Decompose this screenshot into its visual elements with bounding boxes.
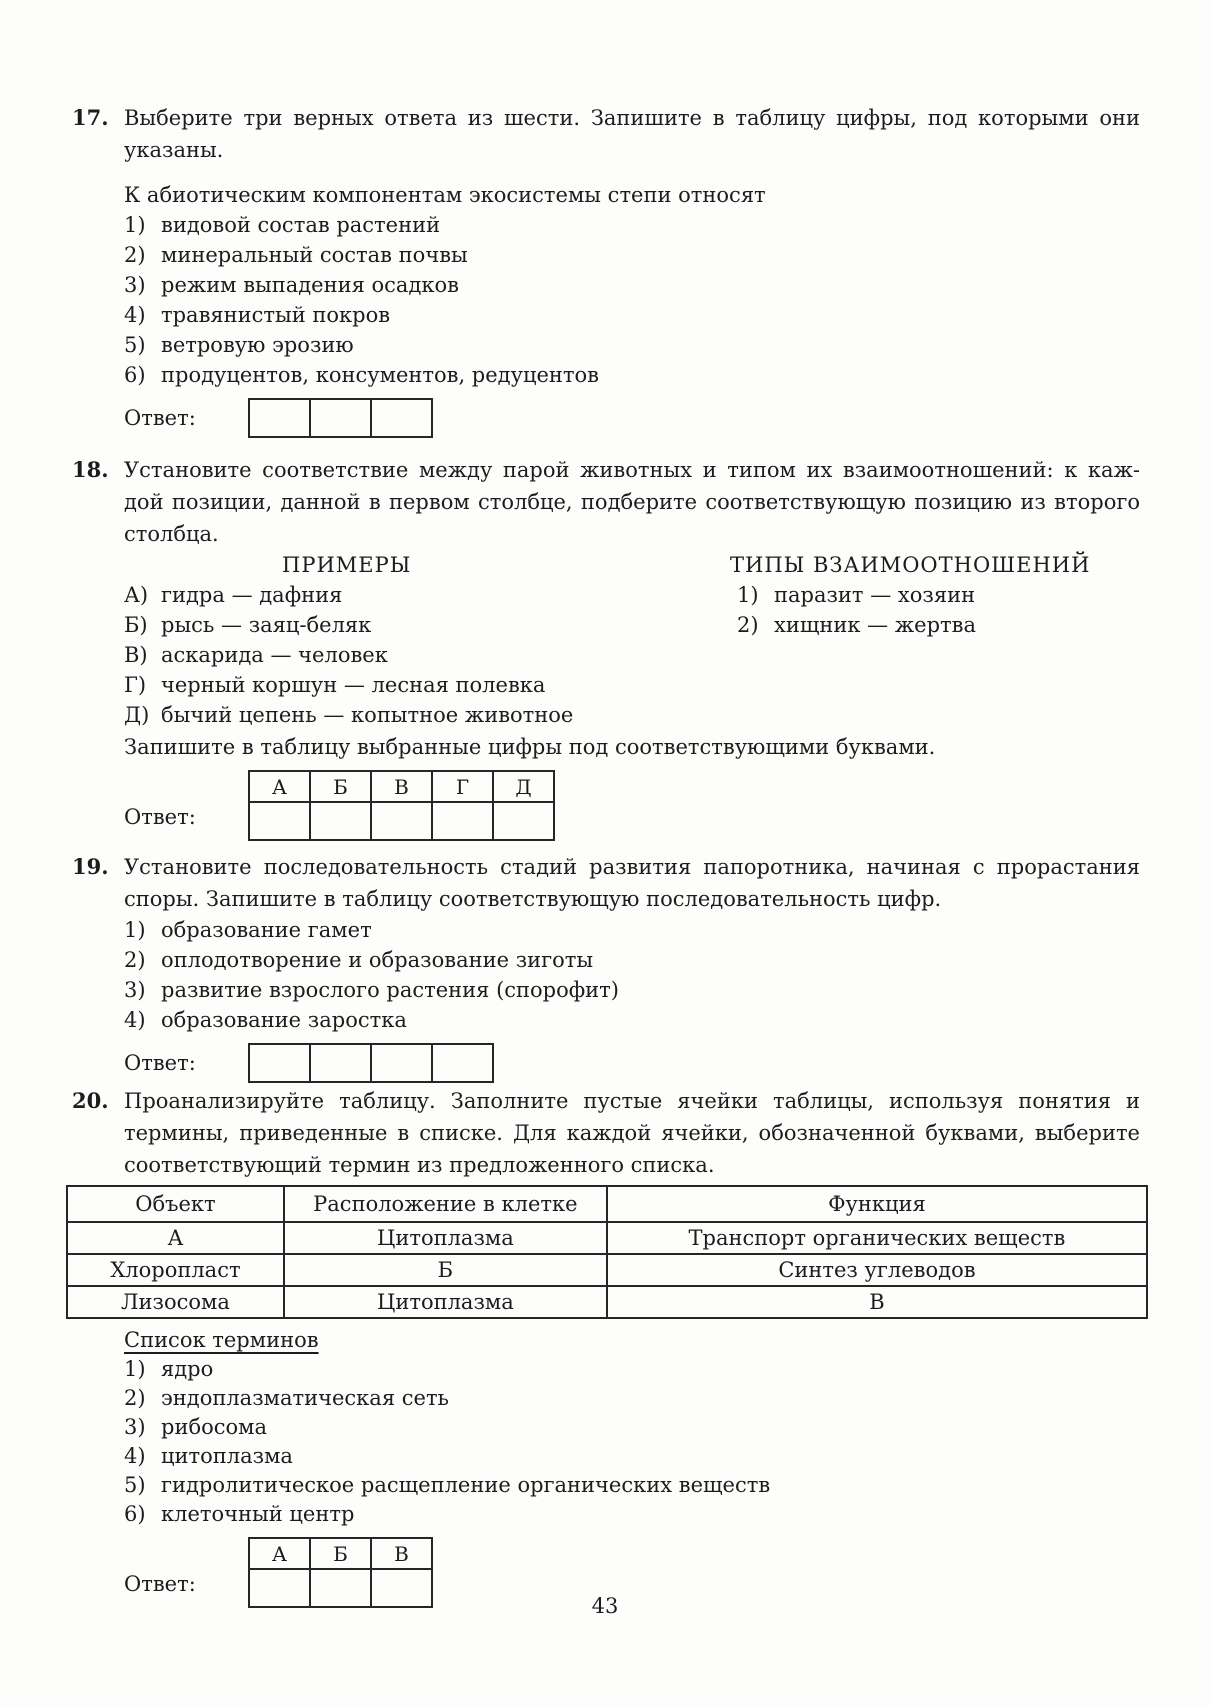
term-number: 3) (124, 1413, 161, 1442)
option-number: 2) (124, 945, 161, 975)
answer-letter-cell: Г (432, 771, 493, 802)
option-number: 3) (124, 270, 161, 300)
term-text: рибосома (161, 1413, 267, 1442)
question-20-intro-line: Проанализируйте таблицу. Заполните пусты… (124, 1085, 1140, 1117)
exam-page: 17. Выберите три верных ответа из шести.… (0, 0, 1210, 1706)
table-cell: Цитоплазма (284, 1222, 607, 1254)
table-header-cell: Объект (67, 1186, 284, 1222)
table-header-cell: Расположение в клетке (284, 1186, 607, 1222)
types-list: 1) паразит — хозяин 2) хищник — жертва (737, 580, 1137, 640)
answer-letter-cell: В (371, 1538, 432, 1569)
type-item: 2) хищник — жертва (737, 610, 1137, 640)
option-item: 3) развитие взрослого растения (спорофит… (124, 975, 1140, 1005)
option-text: продуцентов, консументов, редуцентов (161, 360, 599, 390)
example-item: В) аскарида — человек (124, 640, 1140, 670)
table-header-cell: Функция (607, 1186, 1147, 1222)
answer-letter-cell: Б (310, 1538, 371, 1569)
term-item: 6) клеточный центр (124, 1500, 1140, 1529)
option-item: 5) ветровую эрозию (124, 330, 1140, 360)
option-number: 5) (124, 330, 161, 360)
example-letter: Б) (124, 610, 161, 640)
question-19-intro-line: Установите последовательность стадий раз… (124, 851, 1140, 883)
answer-cell[interactable] (249, 802, 310, 840)
example-text: аскарида — человек (161, 640, 388, 670)
table-cell: Б (284, 1254, 607, 1286)
type-number: 1) (737, 580, 774, 610)
example-text: рысь — заяц-беляк (161, 610, 371, 640)
question-18-note: Запишите в таблицу выбранные цифры под с… (124, 732, 1140, 762)
question-20-object-table: Объект Расположение в клетке Функция А Ц… (66, 1185, 1148, 1319)
question-20-number: 20. (72, 1085, 109, 1117)
question-19-answer-row: Ответ: (124, 1043, 1140, 1083)
option-number: 4) (124, 1005, 161, 1035)
answer-label: Ответ: (124, 403, 248, 433)
table-cell: Транспорт органических веществ (607, 1222, 1147, 1254)
types-header: ТИПЫ ВЗАИМООТНОШЕНИЙ (730, 550, 1090, 580)
option-text: режим выпадения осадков (161, 270, 459, 300)
answer-cell[interactable] (249, 1044, 310, 1082)
example-text: черный коршун — лесная полевка (161, 670, 545, 700)
question-19: 19. Установите последовательность стадий… (124, 851, 1140, 1083)
option-item: 2) оплодотворение и образование зиготы (124, 945, 1140, 975)
question-18-intro-line: дой позиции, данной в первом столбце, по… (124, 486, 1140, 518)
option-text: образование заростка (161, 1005, 407, 1035)
answer-letter-cell: А (249, 1538, 310, 1569)
option-number: 6) (124, 360, 161, 390)
term-item: 2) эндоплазматическая сеть (124, 1384, 1140, 1413)
answer-cell[interactable] (371, 802, 432, 840)
question-17-options: 1) видовой состав растений 2) минеральны… (124, 210, 1140, 390)
option-text: оплодотворение и образование зиготы (161, 945, 593, 975)
type-text: хищник — жертва (774, 610, 976, 640)
option-text: развитие взрослого растения (спорофит) (161, 975, 619, 1005)
question-18-intro-line: Установите соответствие между парой живо… (124, 454, 1140, 486)
term-text: ядро (161, 1355, 213, 1384)
type-item: 1) паразит — хозяин (737, 580, 1137, 610)
type-text: паразит — хозяин (774, 580, 975, 610)
example-item: Г) черный коршун — лесная полевка (124, 670, 1140, 700)
question-17: 17. Выберите три верных ответа из шести.… (124, 102, 1140, 438)
terms-list: 1) ядро 2) эндоплазматическая сеть 3) ри… (124, 1355, 1140, 1529)
option-number: 3) (124, 975, 161, 1005)
example-letter: Д) (124, 700, 161, 730)
question-20-intro-line: термины, приведенные в списке. Для каждо… (124, 1117, 1140, 1149)
question-19-options: 1) образование гамет 2) оплодотворение и… (124, 915, 1140, 1035)
answer-letter-cell: В (371, 771, 432, 802)
option-number: 2) (124, 240, 161, 270)
type-number: 2) (737, 610, 774, 640)
question-20: 20. Проанализируйте таблицу. Заполните п… (124, 1085, 1140, 1608)
term-text: цитоплазма (161, 1442, 293, 1471)
question-20-intro-line: соответствующий термин из предложенного … (124, 1149, 1140, 1181)
answer-letter-cell: А (249, 771, 310, 802)
term-text: гидролитическое расщепление органических… (161, 1471, 770, 1500)
answer-cell[interactable] (493, 802, 554, 840)
answer-cell[interactable] (310, 802, 371, 840)
matching-headers: ПРИМЕРЫ ТИПЫ ВЗАИМООТНОШЕНИЙ (124, 550, 1140, 580)
table-cell: Лизосома (67, 1286, 284, 1318)
option-text: минеральный состав почвы (161, 240, 468, 270)
question-19-answer-table (248, 1043, 494, 1083)
answer-cell[interactable] (371, 399, 432, 437)
table-cell: В (607, 1286, 1147, 1318)
term-number: 2) (124, 1384, 161, 1413)
answer-letter-cell: Д (493, 771, 554, 802)
option-number: 4) (124, 300, 161, 330)
question-18-answer-table: А Б В Г Д (248, 770, 555, 841)
example-letter: Г) (124, 670, 161, 700)
question-18-number: 18. (72, 454, 109, 486)
table-cell: А (67, 1222, 284, 1254)
example-letter: А) (124, 580, 161, 610)
table-cell: Синтез углеводов (607, 1254, 1147, 1286)
question-17-answer-table (248, 398, 433, 438)
option-item: 6) продуцентов, консументов, редуцентов (124, 360, 1140, 390)
answer-letter-cell: Б (310, 771, 371, 802)
term-item: 3) рибосома (124, 1413, 1140, 1442)
question-19-number: 19. (72, 851, 109, 883)
option-text: образование гамет (161, 915, 372, 945)
term-number: 1) (124, 1355, 161, 1384)
example-letter: В) (124, 640, 161, 670)
answer-cell[interactable] (310, 399, 371, 437)
question-19-intro-line: споры. Запишите в таблицу соответствующу… (124, 883, 1140, 915)
question-17-intro-line: указаны. (124, 134, 1140, 166)
answer-cell[interactable] (310, 1044, 371, 1082)
matching-block: ПРИМЕРЫ ТИПЫ ВЗАИМООТНОШЕНИЙ А) гидра — … (124, 550, 1140, 730)
example-item: Д) бычий цепень — копытное животное (124, 700, 1140, 730)
term-text: клеточный центр (161, 1500, 354, 1529)
option-item: 4) травянистый покров (124, 300, 1140, 330)
option-item: 1) видовой состав растений (124, 210, 1140, 240)
question-17-answer-row: Ответ: (124, 398, 1140, 438)
term-number: 4) (124, 1442, 161, 1471)
answer-cell[interactable] (249, 399, 310, 437)
question-17-number: 17. (72, 102, 109, 134)
question-18-answer-row: Ответ: А Б В Г Д (124, 770, 1140, 841)
answer-cell[interactable] (432, 1044, 493, 1082)
examples-header: ПРИМЕРЫ (282, 553, 411, 577)
option-text: ветровую эрозию (161, 330, 354, 360)
option-number: 1) (124, 210, 161, 240)
option-item: 3) режим выпадения осадков (124, 270, 1140, 300)
example-text: бычий цепень — копытное животное (161, 700, 573, 730)
question-18-intro-line: столбца. (124, 518, 1140, 550)
term-number: 6) (124, 1500, 161, 1529)
answer-label: Ответ: (124, 1048, 248, 1078)
option-item: 1) образование гамет (124, 915, 1140, 945)
option-text: травянистый покров (161, 300, 390, 330)
option-text: видовой состав растений (161, 210, 440, 240)
term-item: 1) ядро (124, 1355, 1140, 1384)
term-number: 5) (124, 1471, 161, 1500)
option-item: 4) образование заростка (124, 1005, 1140, 1035)
term-item: 4) цитоплазма (124, 1442, 1140, 1471)
question-18: 18. Установите соответствие между парой … (124, 454, 1140, 841)
table-cell: Цитоплазма (284, 1286, 607, 1318)
table-cell: Хлоропласт (67, 1254, 284, 1286)
term-text: эндоплазматическая сеть (161, 1384, 449, 1413)
question-17-stem: К абиотическим компонентам экосистемы ст… (124, 180, 1140, 210)
question-17-intro-line: Выберите три верных ответа из шести. Зап… (124, 102, 1140, 134)
answer-cell[interactable] (432, 802, 493, 840)
option-number: 1) (124, 915, 161, 945)
page-number: 43 (0, 1594, 1210, 1618)
term-item: 5) гидролитическое расщепление органичес… (124, 1471, 1140, 1500)
answer-cell[interactable] (371, 1044, 432, 1082)
example-text: гидра — дафния (161, 580, 342, 610)
terms-list-title: Список терминов (124, 1325, 319, 1355)
option-item: 2) минеральный состав почвы (124, 240, 1140, 270)
answer-label: Ответ: (124, 802, 248, 841)
